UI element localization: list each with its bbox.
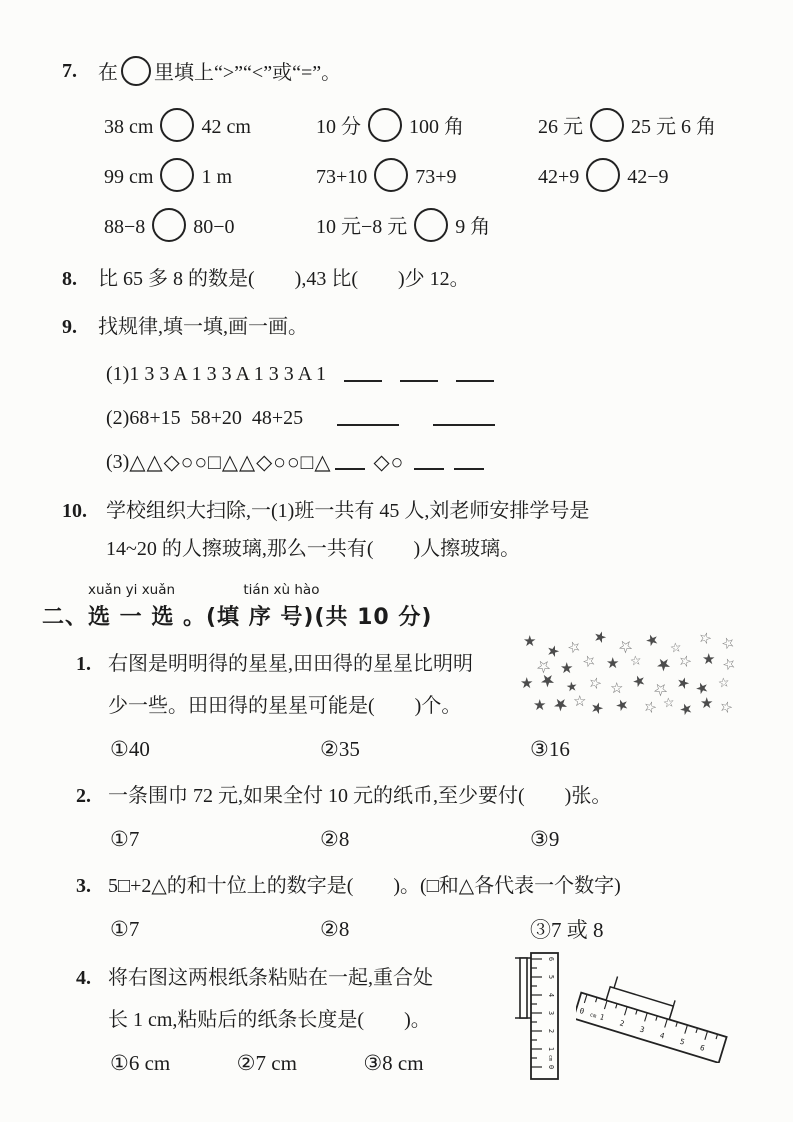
star-icon: ☆ — [573, 695, 586, 710]
comparison-item: 73+1073+9 — [316, 158, 538, 192]
question-10-text: 14~20 的人擦玻璃,那么一共有( )人擦玻璃。 — [106, 534, 740, 564]
star-icon: ★ — [674, 675, 691, 693]
section2-question-3: 3. 5□+2△的和十位上的数字是( )。(□和△各代表一个数字) ①7 ②8 … — [62, 865, 740, 951]
star-icon: ★ — [631, 673, 649, 692]
answer-circle-icon — [414, 208, 448, 242]
s2q3-options: ①7 ②8 ③7 或 8 — [110, 907, 740, 951]
comparison-row-2: 99 cm1 m 73+1073+9 42+942−9 — [104, 150, 740, 200]
section2-question-2: 2. 一条围巾 72 元,如果全付 10 元的纸币,至少要付( )张。 ①7 ②… — [62, 775, 740, 861]
star-icon: ★ — [614, 697, 632, 716]
s2q1-number: 1. — [76, 643, 108, 685]
blank-line — [433, 410, 495, 426]
s2q1-text: 右图是明明得的星星,田田得的星星比明明 — [108, 643, 538, 685]
svg-text:2: 2 — [547, 1029, 555, 1033]
star-icon: ★ — [550, 694, 571, 715]
s2q3-number: 3. — [76, 865, 108, 907]
pinyin-xuanyixuan: xuǎn yi xuǎn — [88, 582, 175, 598]
svg-text:4: 4 — [547, 993, 555, 997]
answer-circle-icon — [368, 108, 402, 142]
s2q2-text: 一条围巾 72 元,如果全付 10 元的纸币,至少要付( )张。 — [108, 775, 611, 817]
star-icon: ☆ — [717, 674, 731, 690]
svg-text:5: 5 — [547, 975, 555, 979]
worksheet-content: 7. 在里填上“>”“<”或“=”。 38 cm42 cm 10 分100 角 … — [62, 56, 740, 1085]
star-icon: ☆ — [566, 639, 584, 658]
star-icon: ★ — [653, 654, 674, 675]
comparison-item: 10 分100 角 — [316, 108, 538, 142]
question-8: 8. 比 65 多 8 的数是( ),43 比( )少 12。 — [62, 256, 740, 302]
s2q1-options: ①40 ②35 ③16 — [110, 727, 740, 771]
svg-text:0: 0 — [547, 1065, 555, 1069]
s2q4-line-1: 4. 将右图这两根纸条粘贴在一起,重合处 — [62, 957, 490, 999]
star-icon: ☆ — [629, 652, 643, 668]
item-label: (2) — [106, 407, 129, 430]
star-icon: ☆ — [696, 630, 713, 648]
s2q3-text: 5□+2△的和十位上的数字是( )。(□和△各代表一个数字) — [108, 865, 621, 907]
question-9-heading: 9. 找规律,填一填,画一画。 — [62, 312, 740, 352]
s2q2-options: ①7 ②8 ③9 — [110, 817, 740, 861]
svg-text:1: 1 — [547, 1047, 555, 1051]
star-icon: ☆ — [717, 699, 734, 717]
question-9-number: 9. — [62, 312, 98, 342]
blank-line — [335, 454, 365, 470]
shape-sequence: ◇○ — [373, 450, 404, 475]
pinyin-annotation: xuǎn yi xuǎn tián xù hào — [88, 582, 740, 598]
blank-line — [454, 454, 484, 470]
star-icon: ☆ — [610, 682, 623, 697]
question-7-prompt: 在里填上“>”“<”或“=”。 — [98, 56, 740, 88]
question-9-title: 找规律,填一填,画一画。 — [98, 312, 740, 342]
s2q4-text: 将右图这两根纸条粘贴在一起,重合处 — [108, 957, 433, 999]
option-1: ①7 — [110, 827, 320, 852]
question-9-item-1: (1)1 3 3 A 1 3 3 A 1 3 3 A 1 — [106, 352, 740, 396]
item-label: (3) — [106, 451, 129, 474]
worksheet-page: 7. 在里填上“>”“<”或“=”。 38 cm42 cm 10 分100 角 … — [0, 0, 793, 1122]
blank-line — [337, 410, 399, 426]
answer-circle-icon — [590, 108, 624, 142]
question-8-number: 8. — [62, 264, 98, 294]
option-2: ②35 — [320, 737, 530, 762]
star-icon: ★ — [702, 653, 715, 668]
question-9-item-3: (3)△△◇○○□△△◇○○□△ ◇○ — [106, 440, 740, 484]
comparison-item: 38 cm42 cm — [104, 108, 316, 142]
blank-line — [400, 366, 438, 382]
svg-text:cm: cm — [547, 1055, 553, 1061]
star-icon: ★ — [606, 657, 619, 672]
star-icon: ★ — [523, 635, 536, 650]
s2q4-number: 4. — [76, 957, 108, 999]
s2q4-options: ①6 cm ②7 cm ③8 cm — [110, 1041, 490, 1085]
svg-text:6: 6 — [547, 957, 555, 961]
option-3: ③16 — [530, 737, 740, 762]
comparison-item: 88−880−0 — [104, 208, 316, 242]
section2-question-4: 6 5 4 3 2 1 cm 0 — [62, 957, 740, 1085]
question-9-item-2: (2)68+15 58+20 48+25 — [106, 396, 740, 440]
question-7-heading: 7. 在里填上“>”“<”或“=”。 — [62, 56, 740, 88]
answer-circle-icon — [121, 56, 151, 86]
question-10-text: 学校组织大扫除,一(1)班一共有 45 人,刘老师安排学号是 — [106, 496, 740, 526]
s2q4-line-2: 长 1 cm,粘贴后的纸条长度是( )。 — [108, 999, 490, 1041]
star-icon: ★ — [520, 677, 533, 692]
comparison-item: 10 元−8 元9 角 — [316, 208, 538, 242]
star-icon: ☆ — [581, 653, 599, 672]
question-7-number: 7. — [62, 56, 98, 86]
comparison-row-3: 88−880−0 10 元−8 元9 角 — [104, 200, 740, 250]
star-icon: ★ — [533, 699, 546, 714]
star-icon: ☆ — [586, 675, 603, 693]
star-field: ★★☆★☆★☆☆☆☆★☆★☆★☆★☆★★★☆☆★☆★★☆★★☆★★☆☆★★☆ — [518, 627, 740, 727]
pinyin-tianxuhao: tián xù hào — [243, 582, 319, 598]
question-10-line-2: 14~20 的人擦玻璃,那么一共有( )人擦玻璃。 — [62, 534, 740, 572]
pattern-sequence: 1 3 3 A 1 3 3 A 1 3 3 A 1 — [129, 363, 326, 386]
option-1: ①7 — [110, 917, 320, 942]
answer-circle-icon — [152, 208, 186, 242]
svg-text:3: 3 — [547, 1011, 555, 1015]
option-3: ③9 — [530, 827, 740, 852]
star-icon: ★ — [565, 678, 579, 694]
star-icon: ★ — [588, 700, 605, 718]
answer-circle-icon — [160, 108, 194, 142]
comparison-item: 42+942−9 — [538, 158, 740, 192]
shape-sequence: △△◇○○□△△◇○○□△ — [129, 450, 331, 475]
star-icon: ☆ — [662, 694, 676, 710]
blank-line — [344, 366, 382, 382]
vertical-ruler-image: 6 5 4 3 2 1 cm 0 — [514, 951, 568, 1083]
comparison-item: 26 元25 元 6 角 — [538, 108, 740, 142]
answer-circle-icon — [586, 158, 620, 192]
star-icon: ☆ — [720, 635, 738, 654]
section2-question-1: ★★☆★☆★☆☆☆☆★☆★☆★☆★☆★★★☆☆★☆★★☆★★☆★★☆☆★★☆ 1… — [62, 643, 740, 771]
paper-strip-vertical — [520, 958, 527, 1018]
star-icon: ★ — [678, 701, 696, 720]
blank-line — [456, 366, 494, 382]
answer-circle-icon — [374, 158, 408, 192]
question-10-line-1: 10. 学校组织大扫除,一(1)班一共有 45 人,刘老师安排学号是 — [62, 496, 740, 534]
option-3: ③8 cm — [363, 1051, 490, 1076]
star-icon: ☆ — [676, 653, 693, 671]
answer-circle-icon — [160, 158, 194, 192]
star-icon: ★ — [700, 697, 713, 712]
s2q2-number: 2. — [76, 775, 108, 817]
star-icon: ★ — [591, 629, 608, 647]
option-1: ①40 — [110, 737, 320, 762]
option-1: ①6 cm — [110, 1051, 237, 1076]
comparison-row-1: 38 cm42 cm 10 分100 角 26 元25 元 6 角 — [104, 100, 740, 150]
question-10-number: 10. — [62, 496, 106, 526]
diagonal-ruler-image: 0 cm 1 2 3 4 5 6 — [576, 963, 754, 1063]
pattern-sequence: 68+15 58+20 48+25 — [129, 407, 303, 430]
option-2: ②7 cm — [237, 1051, 364, 1076]
comparison-item: 99 cm1 m — [104, 158, 316, 192]
option-2: ②8 — [320, 827, 530, 852]
option-3: ③7 或 8 — [530, 914, 740, 944]
question-8-text: 比 65 多 8 的数是( ),43 比( )少 12。 — [98, 264, 740, 294]
star-icon: ☆ — [641, 699, 658, 717]
star-icon: ★ — [560, 662, 573, 677]
star-icon: ☆ — [721, 656, 739, 675]
blank-line — [414, 454, 444, 470]
item-label: (1) — [106, 363, 129, 386]
star-icon: ★ — [644, 632, 662, 651]
option-2: ②8 — [320, 917, 530, 942]
